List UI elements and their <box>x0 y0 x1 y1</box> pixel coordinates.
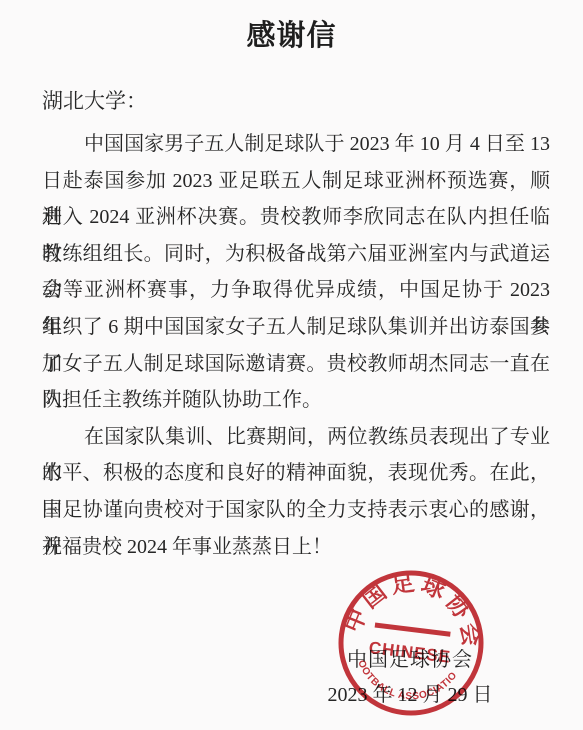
letter-line: 日赴泰国参加 2023 亚足联五人制足球亚洲杯预选赛，顺利 <box>42 163 550 200</box>
letter-line: 国足协谨向贵校对于国家队的全力支持表示衷心的感谢，并 <box>42 492 550 529</box>
letter-line: 进入 2024 亚洲杯决赛。贵校教师李欣同志在队内担任临时 <box>42 199 550 236</box>
seal-character: 中 <box>340 605 373 636</box>
seal-character: 会 <box>455 621 485 648</box>
signature-org-name: 中国足球协会 <box>295 648 525 672</box>
signature-date: 2023 年 12 月 29 日 <box>295 683 525 707</box>
letter-line: 中国国家男子五人制足球队于 2023 年 10 月 4 日至 13 <box>42 126 550 163</box>
seal-character: 国 <box>358 579 392 614</box>
letter-title: 感谢信 <box>0 13 583 54</box>
seal-divider-bar <box>375 622 451 636</box>
signature-block: 中国足球协会 2023 年 12 月 29 日 <box>295 648 525 707</box>
letter-line: 水平、积极的态度和良好的精神面貌，表现优秀。在此，中 <box>42 455 550 492</box>
seal-character: 协 <box>440 590 475 625</box>
letter-line: 教练组组长。同时，为积极备战第六届亚洲室内与武道运动 <box>42 236 550 273</box>
letter-line: 内担任主教练并随队协助工作。 <box>42 382 550 419</box>
letter-line: 了女子五人制足球国际邀请赛。贵校教师胡杰同志一直在队 <box>42 346 550 383</box>
letter-line: 组织了 6 期中国国家女子五人制足球队集训并出访泰国参加 <box>42 309 550 346</box>
letter-page: 感谢信 湖北大学： 中国国家男子五人制足球队于 2023 年 10 月 4 日至… <box>0 0 583 730</box>
seal-top-arc-text: 中国足球协会 <box>339 562 492 651</box>
letter-salutation: 湖北大学： <box>42 89 147 114</box>
seal-character: 足 <box>390 570 416 599</box>
letter-body: 中国国家男子五人制足球队于 2023 年 10 月 4 日至 13日赴泰国参加 … <box>42 126 550 565</box>
seal-character: 球 <box>418 572 449 605</box>
letter-line: 在国家队集训、比赛期间，两位教练员表现出了专业的 <box>42 419 550 456</box>
letter-line: 会等亚洲杯赛事，力争取得优异成绩，中国足协于 2023 年共 <box>42 272 550 309</box>
letter-line: 祝福贵校 2024 年事业蒸蒸日上！ <box>42 529 550 566</box>
